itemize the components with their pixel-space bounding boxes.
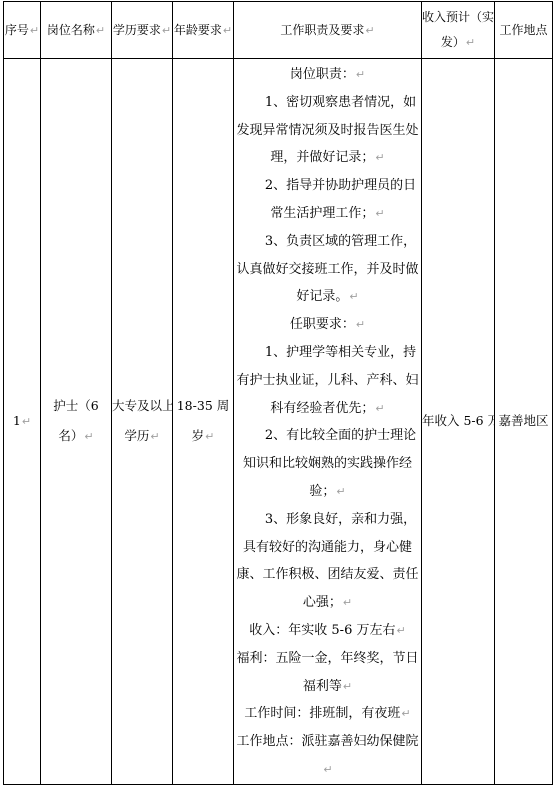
duty-text: 3、形象良好，亲和力强，具有较好的沟通能力，身心健康、工作积极、团结友爱、责任心… [236,512,418,610]
paragraph-mark-icon: ↵ [395,624,405,637]
paragraph-mark-icon: ↵ [348,290,358,303]
age-value: 18-35 周岁 [177,398,230,443]
paragraph-mark-icon: ↵ [374,207,384,220]
header-cell-age: 年龄要求↵ [173,2,234,59]
duty-paragraph: 1、护理学等相关专业，持有护士执业证，儿科、产科、妇科有经验者优先；↵ [236,339,419,422]
cell-location: 嘉善地区 [495,59,553,785]
paragraph-mark-icon: ↵ [149,430,159,443]
duty-text: 2、指导并协助护理员的日常生活护理工作； [265,178,416,221]
duty-text: 工作时间：排班制，有夜班 [244,706,400,721]
duty-paragraph: 工作时间：排班制，有夜班↵ [236,700,419,728]
duty-paragraph: 福利：五险一金，年终奖，节日福利等↵ [236,645,419,701]
cell-position: 护士（6名）↵ [41,59,112,785]
header-label-location: 工作地点 [499,23,547,37]
paragraph-mark-icon: ↵ [204,430,214,443]
paragraph-mark-icon: ↵ [465,36,475,49]
duty-paragraph: 收入：年实收 5-6 万左右↵ [236,617,419,645]
paragraph-mark-icon: ↵ [355,68,365,81]
duty-text: 任职要求： [290,317,355,332]
header-cell-education: 学历要求↵ [112,2,173,59]
duty-text: 3、负责区域的管理工作，认真做好交接班工作，并及时做好记录。 [236,234,418,305]
paragraph-mark-icon: ↵ [322,763,332,776]
header-label-age: 年龄要求 [174,23,222,37]
paragraph-mark-icon: ↵ [83,430,93,443]
duty-paragraph: 2、指导并协助护理员的日常生活护理工作；↵ [236,172,419,228]
header-cell-duties: 工作职责及要求↵ [234,2,422,59]
duty-text: 工作地点：派驻嘉善妇幼保健院 [236,734,418,749]
job-posting-table: 序号↵ 岗位名称↵ 学历要求↵ 年龄要求↵ 工作职责及要求↵ 收入预计（实发）↵… [3,1,553,785]
header-cell-income: 收入预计（实发）↵ [422,2,495,59]
cell-age: 18-35 周岁↵ [173,59,234,785]
duty-paragraph: 工作地点：派驻嘉善妇幼保健院↵ [236,728,419,784]
duty-paragraph: 1、密切观察患者情况，如发现异常情况须及时报告医生处理，并做好记录；↵ [236,89,419,172]
paragraph-mark-icon: ↵ [29,24,39,37]
paragraph-mark-icon: ↵ [364,24,374,37]
location-value: 嘉善地区 [498,413,548,428]
paragraph-mark-icon: ↵ [335,485,345,498]
income-value: 年收入 5-6 万 [422,413,495,428]
duty-paragraph: 岗位职责：↵ [236,61,419,89]
paragraph-mark-icon: ↵ [374,151,384,164]
paragraph-mark-icon: ↵ [355,318,365,331]
paragraph-mark-icon: ↵ [21,415,31,428]
paragraph-mark-icon: ↵ [222,24,232,37]
paragraph-mark-icon: ↵ [342,596,352,609]
header-cell-position: 岗位名称↵ [41,2,112,59]
paragraph-mark-icon: ↵ [342,680,352,693]
duty-text: 1、密切观察患者情况，如发现异常情况须及时报告医生处理，并做好记录； [236,95,418,166]
duty-text: 福利：五险一金，年终奖，节日福利等 [236,651,418,694]
duty-text: 1、护理学等相关专业，持有护士执业证，儿科、产科、妇科有经验者优先； [236,345,418,416]
header-cell-location: 工作地点 [495,2,553,59]
paragraph-mark-icon: ↵ [161,24,171,37]
header-row: 序号↵ 岗位名称↵ 学历要求↵ 年龄要求↵ 工作职责及要求↵ 收入预计（实发）↵… [4,2,553,59]
duty-paragraph: 2、有比较全面的护士理论知识和比较娴熟的实践操作经验；↵ [236,422,419,505]
header-label-education: 学历要求 [113,23,161,37]
duty-text: 2、有比较全面的护士理论知识和比较娴熟的实践操作经验； [243,428,416,499]
paragraph-mark-icon: ↵ [374,402,384,415]
paragraph-mark-icon: ↵ [400,707,410,720]
cell-income: 年收入 5-6 万 [422,59,495,785]
cell-duties: 岗位职责：↵1、密切观察患者情况，如发现异常情况须及时报告医生处理，并做好记录；… [234,59,422,785]
header-label-income: 收入预计（实发） [422,10,494,49]
header-cell-seq: 序号↵ [4,2,41,59]
duty-text: 岗位职责： [290,67,355,82]
cell-education: 大专及以上学历↵ [112,59,173,785]
header-label-position: 岗位名称 [47,23,95,37]
duty-paragraph: 3、负责区域的管理工作，认真做好交接班工作，并及时做好记录。↵ [236,228,419,311]
header-label-duties: 工作职责及要求 [280,23,364,37]
education-value: 大专及以上学历 [112,398,173,443]
paragraph-mark-icon: ↵ [95,24,105,37]
header-label-seq: 序号 [5,23,29,37]
table-row: 1↵ 护士（6名）↵ 大专及以上学历↵ 18-35 周岁↵ 岗位职责：↵1、密切… [4,59,553,785]
duty-paragraph: 任职要求：↵ [236,311,419,339]
cell-seq: 1↵ [4,59,41,785]
seq-value: 1 [13,413,21,428]
duty-text: 收入：年实收 5-6 万左右 [249,623,395,638]
duty-paragraph: 3、形象良好，亲和力强，具有较好的沟通能力，身心健康、工作积极、团结友爱、责任心… [236,506,419,617]
